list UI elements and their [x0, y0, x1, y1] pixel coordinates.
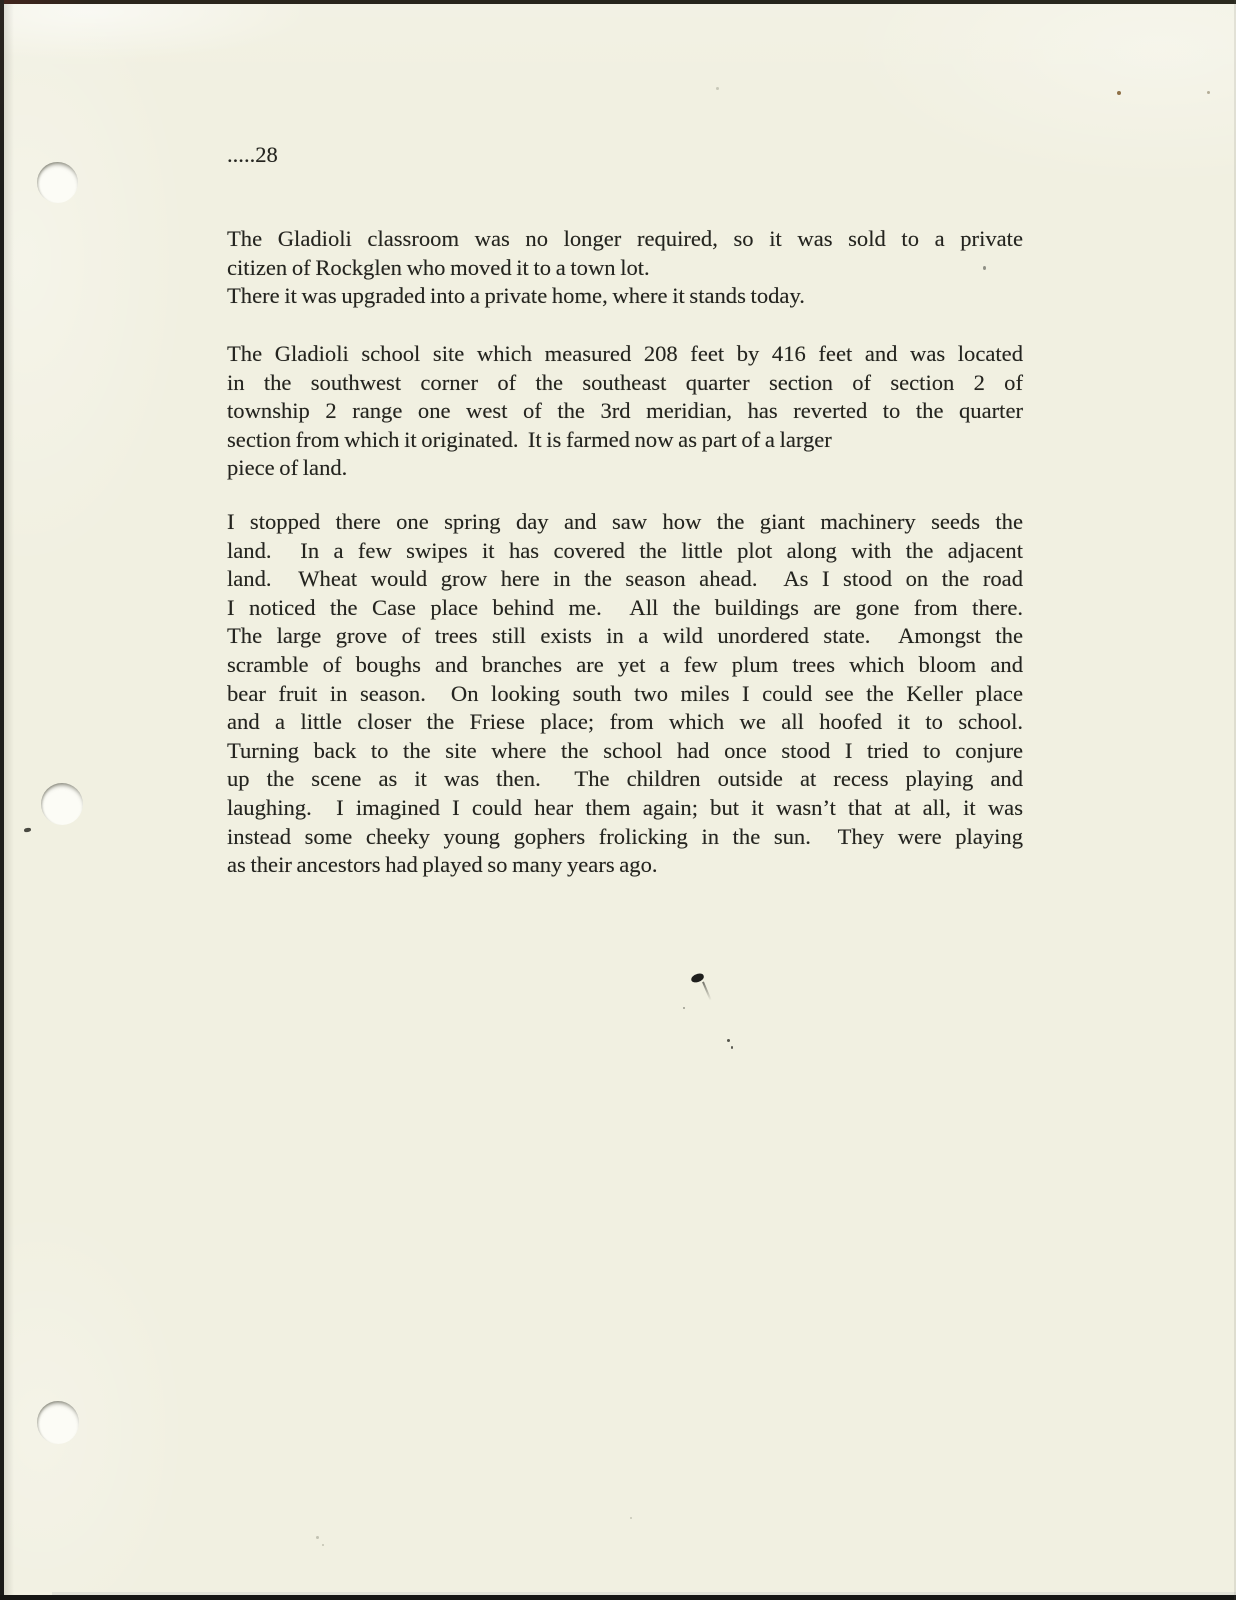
text-line: piece of land.: [227, 454, 1023, 483]
ink-mark: [24, 827, 32, 832]
text-line: citizen of Rockglen who moved it to a to…: [227, 254, 1023, 283]
text-line: instead some cheeky young gophers frolic…: [227, 823, 1023, 852]
ink-speck: [683, 1007, 685, 1009]
text-line: The Gladioli classroom was no longer req…: [227, 225, 1023, 254]
scan-edge-shadow: [4, 0, 14, 1600]
ink-speck: [727, 1039, 730, 1042]
text-line: The large grove of trees still exists in…: [227, 622, 1023, 651]
text-line: I noticed the Case place behind me. All …: [227, 594, 1023, 623]
ink-speck: [322, 1544, 324, 1546]
scan-edge-bottom: [0, 1595, 1236, 1600]
ink-blot-tail: [702, 982, 711, 1001]
punch-hole-top: [37, 162, 78, 203]
scan-edge-top: [0, 0, 1236, 4]
ink-speck: [1207, 91, 1210, 94]
scan-edge-left: [0, 0, 4, 1600]
text-line: The Gladioli school site which measured …: [227, 340, 1023, 369]
paragraph-1: The Gladioli classroom was no longer req…: [227, 225, 1023, 311]
text-line: up the scene as it was then. The childre…: [227, 765, 1023, 794]
text-line: section from which it originated. It is …: [227, 426, 1023, 455]
text-line: as their ancestors had played so many ye…: [227, 851, 1023, 880]
text-line: in the southwest corner of the southeast…: [227, 369, 1023, 398]
text-line: township 2 range one west of the 3rd mer…: [227, 397, 1023, 426]
paragraph-2: The Gladioli school site which measured …: [227, 340, 1023, 483]
page-number: .....28: [227, 141, 278, 170]
ink-speck: [630, 1517, 632, 1519]
text-line: land. Wheat would grow here in the seaso…: [227, 565, 1023, 594]
ink-speck: [316, 1536, 319, 1539]
text-line: There it was upgraded into a private hom…: [227, 282, 1023, 311]
ink-speck: [731, 1046, 733, 1049]
text-line: Turning back to the site where the schoo…: [227, 737, 1023, 766]
ink-speck: [716, 87, 719, 90]
text-line: and a little closer the Friese place; fr…: [227, 708, 1023, 737]
text-line: scramble of boughs and branches are yet …: [227, 651, 1023, 680]
text-line: laughing. I imagined I could hear them a…: [227, 794, 1023, 823]
scanned-page: .....28 The Gladioli classroom was no lo…: [0, 0, 1236, 1600]
text-line: I stopped there one spring day and saw h…: [227, 508, 1023, 537]
ink-speck: [1117, 91, 1121, 95]
ink-speck: [983, 266, 986, 270]
text-line: land. In a few swipes it has covered the…: [227, 537, 1023, 566]
text-line: bear fruit in season. On looking south t…: [227, 680, 1023, 709]
punch-hole-bottom: [37, 1401, 79, 1444]
paragraph-3: I stopped there one spring day and saw h…: [227, 508, 1023, 880]
punch-hole-middle: [41, 783, 83, 825]
